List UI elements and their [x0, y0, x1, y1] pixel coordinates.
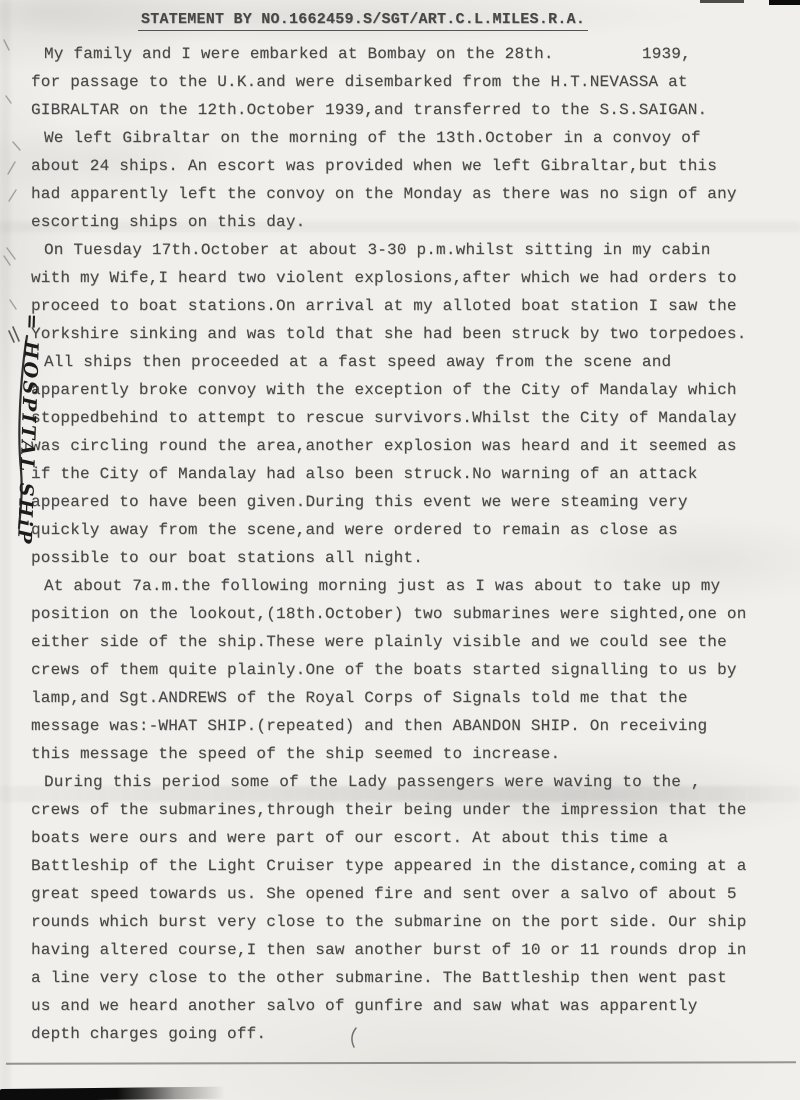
text-line: us and we heard another salvo of gunfire… [31, 992, 771, 1020]
text-line: During this period some of the Lady pass… [31, 768, 771, 796]
text-line: quickly away from the scene,and were ord… [31, 516, 771, 544]
text-line: Battleship of the Light Cruiser type app… [31, 852, 771, 880]
text-line: with my Wife,I heard two violent explosi… [31, 264, 771, 292]
text-line: boats were ours and were part of our esc… [31, 824, 771, 852]
text-line: a line very close to the other submarine… [31, 964, 771, 992]
text-line: this message the speed of the ship seeme… [31, 740, 771, 768]
text-line: proceed to boat stations.On arrival at m… [31, 292, 771, 320]
text-line: possible to our boat stations all night. [31, 544, 771, 572]
left-edge-shadow [0, 0, 10, 1100]
document-title-text: STATEMENT BY NO.1662459.S/SGT/ART.C.L.MI… [138, 11, 588, 31]
text-line: depth charges going off. [31, 1020, 771, 1048]
document-body: My family and I were embarked at Bombay … [31, 40, 771, 1048]
top-edge-scan-mark [700, 0, 744, 3]
text-line: GIBRALTAR on the 12th.October 1939,and t… [31, 96, 771, 124]
text-line: was circling round the area,another expl… [31, 432, 771, 460]
text-line: if the City of Mandalay had also been st… [31, 460, 771, 488]
bottom-fold-line [6, 1061, 796, 1064]
text-line: All ships then proceeded at a fast speed… [31, 348, 771, 376]
text-line: for passage to the U.K.and were disembar… [31, 68, 771, 96]
text-line: rounds which burst very close to the sub… [31, 908, 771, 936]
text-line: apparently broke convoy with the excepti… [31, 376, 771, 404]
text-line: On Tuesday 17th.October at about 3-30 p.… [31, 236, 771, 264]
text-line: message was:-WHAT SHIP.(repeated) and th… [31, 712, 771, 740]
text-line: stoppedbehind to attempt to rescue survi… [31, 404, 771, 432]
text-line: crews of the submarines,through their be… [31, 796, 771, 824]
text-line: lamp,and Sgt.ANDREWS of the Royal Corps … [31, 684, 771, 712]
text-line: Yorkshire sinking and was told that she … [31, 320, 771, 348]
text-line: either side of the ship.These were plain… [31, 628, 771, 656]
text-line: position on the lookout,(18th.October) t… [31, 600, 771, 628]
text-line: My family and I were embarked at Bombay … [31, 40, 771, 68]
text-line: about 24 ships. An escort was provided w… [31, 152, 771, 180]
text-line: At about 7a.m.the following morning just… [31, 572, 771, 600]
text-line: having altered course,I then saw another… [31, 936, 771, 964]
scanned-statement-page: STATEMENT BY NO.1662459.S/SGT/ART.C.L.MI… [0, 0, 800, 1100]
document-title: STATEMENT BY NO.1662459.S/SGT/ART.C.L.MI… [138, 11, 588, 28]
text-line: appeared to have been given.During this … [31, 488, 771, 516]
margin-tick-marks [9, 327, 19, 342]
text-line: crews of them quite plainly.One of the b… [31, 656, 771, 684]
text-line: great speed towards us. She opened fire … [31, 880, 771, 908]
top-right-scan-mark [769, 0, 800, 5]
text-line: We left Gibraltar on the morning of the … [31, 124, 771, 152]
text-line: escorting ships on this day. [31, 208, 771, 236]
text-line: had apparently left the convoy on the Mo… [31, 180, 771, 208]
bottom-left-scan-shadow [0, 1087, 225, 1100]
